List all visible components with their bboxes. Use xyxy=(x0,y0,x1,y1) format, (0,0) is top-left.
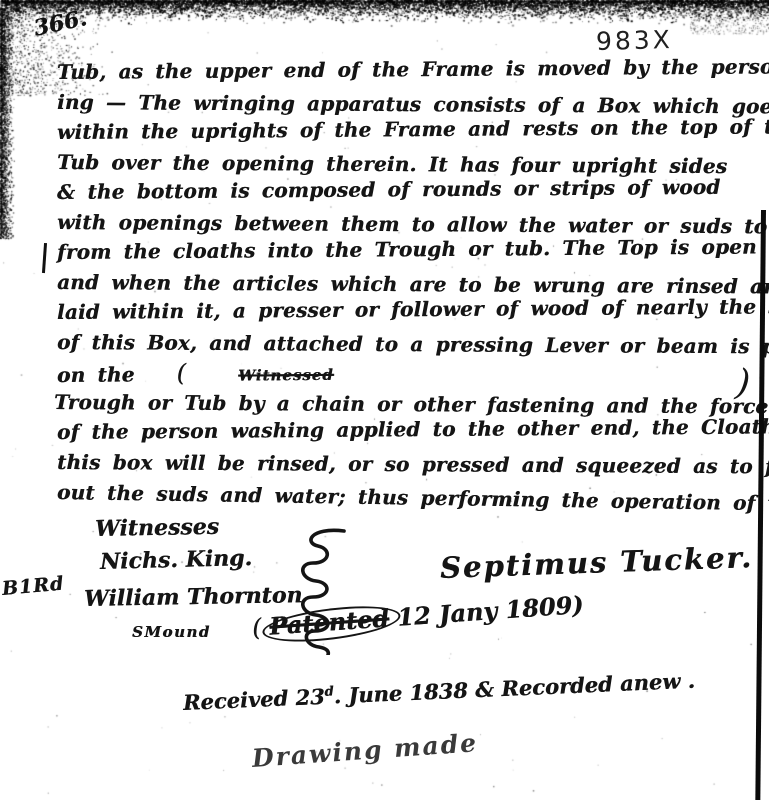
manuscript-body: Tub, as the upper end of the Frame is mo… xyxy=(57,60,769,510)
page-number: 366. xyxy=(31,5,89,42)
manuscript-line: within the uprights of the Frame and res… xyxy=(57,113,769,150)
record-note-post: . June 1838 & Recorded anew . xyxy=(333,668,695,709)
manuscript-line: this box will be rinsed, or so pressed a… xyxy=(57,450,769,485)
manuscript-line: from the cloaths into the Trough or tub.… xyxy=(57,233,769,270)
drawing-made-note: Drawing made xyxy=(251,728,479,773)
manuscript-line: laid within it, a presser or follower of… xyxy=(57,293,769,330)
manuscript-line: Tub, as the upper end of the Frame is mo… xyxy=(57,53,769,90)
clerk-mark: SMound xyxy=(132,623,211,641)
record-note-pre: Received 23 xyxy=(182,684,325,715)
manuscript-line-with-interlineation: on the(Witnessed xyxy=(57,353,769,390)
record-note: Received 23d. June 1838 & Recorded anew … xyxy=(182,668,695,715)
inventor-signature: Septimus Tucker. xyxy=(439,540,753,585)
witness-signature-thornton: William Thornton xyxy=(84,582,303,612)
patent-note-word-circled: Patented xyxy=(268,603,390,640)
file-mark: 983X xyxy=(596,25,674,56)
patent-note-paren: ( xyxy=(251,613,262,642)
manuscript-page: 366. 983X Tub, as the upper end of the F… xyxy=(0,0,769,800)
witness-signature-king: Nichs. King. xyxy=(100,545,253,575)
witness-heading: Witnesses xyxy=(95,514,219,542)
manuscript-line-text: on the xyxy=(57,362,135,387)
manuscript-line: of the person washing applied to the oth… xyxy=(57,413,769,450)
interlineation-paren: ( xyxy=(176,359,186,387)
margin-clerk-mark: B1Rd xyxy=(1,573,65,600)
manuscript-line: & the bottom is composed of rounds or st… xyxy=(57,173,769,210)
interlineation-struck-word: Witnessed xyxy=(238,366,334,385)
patent-note-date: 12 Jany 1809) xyxy=(396,590,584,632)
margin-tick-mark xyxy=(42,243,47,273)
